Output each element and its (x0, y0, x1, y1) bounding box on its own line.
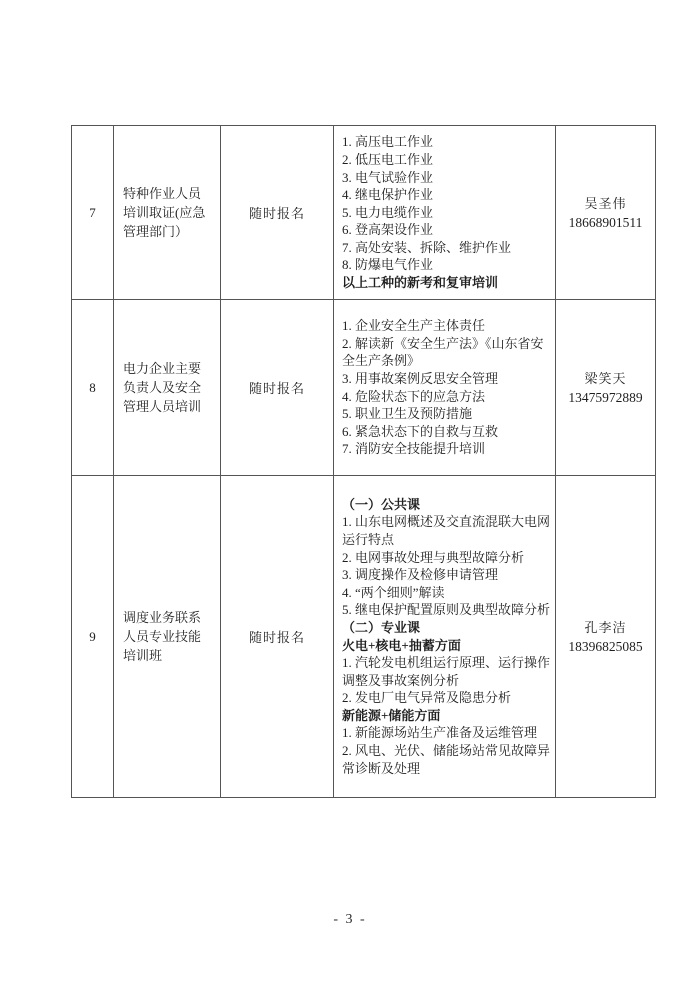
contact-cell: 吴圣伟18668901511 (556, 126, 656, 300)
course-content-line: 7. 高处安装、拆除、维护作业 (342, 239, 551, 257)
course-content-line: 2. 风电、光伏、储能场站常见故障异常诊断及处理 (342, 742, 551, 777)
course-content-line: 1. 山东电网概述及交直流混联大电网运行特点 (342, 513, 551, 548)
registration-schedule-cell: 随时报名 (221, 476, 334, 798)
contact-name: 吴圣伟 (557, 194, 654, 213)
course-content-line: 6. 紧急状态下的自救与互救 (342, 423, 551, 441)
table-body: 7特种作业人员培训取证(应急管理部门）随时报名1. 高压电工作业2. 低压电工作… (72, 126, 656, 798)
contact-name: 梁笑天 (557, 369, 654, 388)
course-content-line: 1. 高压电工作业 (342, 133, 551, 151)
course-content-line: 1. 新能源场站生产准备及运维管理 (342, 724, 551, 742)
footer-page-number: - 3 - (0, 912, 700, 928)
course-content-line: 3. 电气试验作业 (342, 169, 551, 187)
course-content-cell: （一）公共课1. 山东电网概述及交直流混联大电网运行特点2. 电网事故处理与典型… (334, 476, 556, 798)
course-name-cell: 电力企业主要负责人及安全管理人员培训 (114, 300, 221, 476)
row-number-cell: 8 (72, 300, 114, 476)
course-name-cell: 调度业务联系人员专业技能培训班 (114, 476, 221, 798)
course-content-line: 5. 职业卫生及预防措施 (342, 405, 551, 423)
course-content-line: （二）专业课 (342, 619, 551, 637)
course-content-line: 2. 电网事故处理与典型故障分析 (342, 549, 551, 567)
document-page: 7特种作业人员培训取证(应急管理部门）随时报名1. 高压电工作业2. 低压电工作… (0, 0, 700, 990)
table-row: 9调度业务联系人员专业技能培训班随时报名（一）公共课1. 山东电网概述及交直流混… (72, 476, 656, 798)
course-content-line: 4. 继电保护作业 (342, 186, 551, 204)
course-content-line: 1. 企业安全生产主体责任 (342, 317, 551, 335)
course-content-line: 8. 防爆电气作业 (342, 256, 551, 274)
course-content-line: 以上工种的新考和复审培训 (342, 274, 551, 292)
contact-phone: 18668901511 (557, 213, 654, 232)
row-number-cell: 7 (72, 126, 114, 300)
course-name-cell: 特种作业人员培训取证(应急管理部门） (114, 126, 221, 300)
course-content-line: 5. 电力电缆作业 (342, 204, 551, 222)
table-row: 7特种作业人员培训取证(应急管理部门）随时报名1. 高压电工作业2. 低压电工作… (72, 126, 656, 300)
course-content-line: 6. 登高架设作业 (342, 221, 551, 239)
course-content-line: 2. 低压电工作业 (342, 151, 551, 169)
contact-cell: 梁笑天13475972889 (556, 300, 656, 476)
training-schedule-table: 7特种作业人员培训取证(应急管理部门）随时报名1. 高压电工作业2. 低压电工作… (71, 125, 656, 798)
course-content-line: 7. 消防安全技能提升培训 (342, 440, 551, 458)
course-content-line: 2. 发电厂电气异常及隐患分析 (342, 689, 551, 707)
table-row: 8电力企业主要负责人及安全管理人员培训随时报名1. 企业安全生产主体责任2. 解… (72, 300, 656, 476)
course-content-line: 2. 解读新《安全生产法》《山东省安全生产条例》 (342, 335, 551, 370)
course-content-line: 5. 继电保护配置原则及典型故障分析 (342, 601, 551, 619)
course-content-line: 3. 调度操作及检修申请管理 (342, 566, 551, 584)
course-content-line: 4. “两个细则”解读 (342, 584, 551, 602)
registration-schedule-cell: 随时报名 (221, 300, 334, 476)
course-content-cell: 1. 企业安全生产主体责任2. 解读新《安全生产法》《山东省安全生产条例》3. … (334, 300, 556, 476)
contact-name: 孔李洁 (557, 618, 654, 637)
registration-schedule-cell: 随时报名 (221, 126, 334, 300)
course-content-line: 新能源+储能方面 (342, 707, 551, 725)
contact-phone: 18396825085 (557, 637, 654, 656)
course-content-line: （一）公共课 (342, 496, 551, 514)
course-content-line: 1. 汽轮发电机组运行原理、运行操作调整及事故案例分析 (342, 654, 551, 689)
course-content-cell: 1. 高压电工作业2. 低压电工作业3. 电气试验作业4. 继电保护作业5. 电… (334, 126, 556, 300)
contact-phone: 13475972889 (557, 388, 654, 407)
course-content-line: 4. 危险状态下的应急方法 (342, 388, 551, 406)
contact-cell: 孔李洁18396825085 (556, 476, 656, 798)
row-number-cell: 9 (72, 476, 114, 798)
course-content-line: 火电+核电+抽蓄方面 (342, 637, 551, 655)
course-content-line: 3. 用事故案例反思安全管理 (342, 370, 551, 388)
